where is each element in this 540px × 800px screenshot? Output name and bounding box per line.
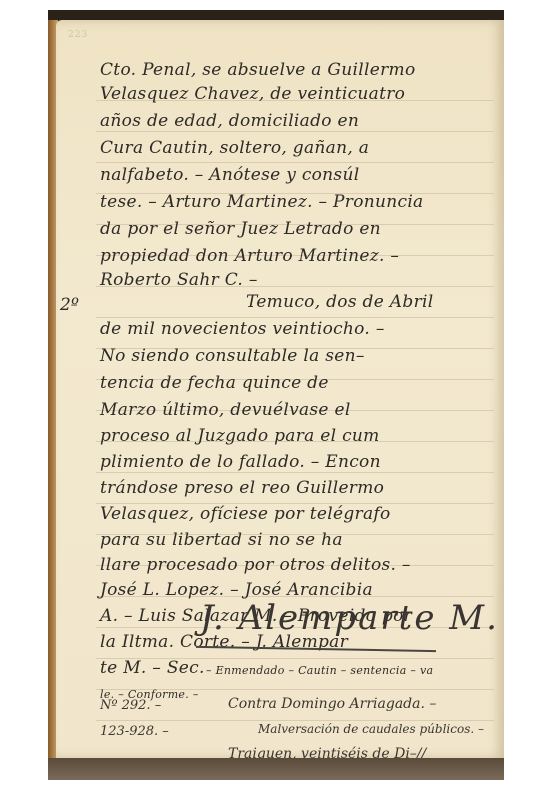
next-entry-number: Nº 292. – [100, 698, 161, 713]
ruled-line [96, 720, 494, 721]
corner-page-mark: 223 [68, 30, 88, 40]
ruled-line [96, 162, 494, 163]
text-line: para su libertad si no se ha [100, 530, 488, 550]
text-line: años de edad, domiciliado en [100, 111, 488, 131]
text-line: tese. – Arturo Martinez. – Pronuncia [100, 192, 488, 212]
text-line: Temuco, dos de Abril [246, 292, 488, 312]
text-line: Roberto Sahr C. – [100, 270, 488, 290]
text-line: propiedad don Arturo Martinez. – [100, 246, 488, 266]
text-line: Cura Cautin, soltero, gañan, a [100, 138, 488, 158]
signature: J. Alemparte M. [200, 598, 499, 638]
ruled-line [96, 472, 494, 473]
text-line: trándose preso el reo Guillermo [100, 478, 488, 498]
annotation-line: – Enmendado – Cautin – sentencia – va [206, 664, 488, 677]
text-line: nalfabeto. – Anótese y consúl [100, 165, 488, 185]
text-line: Marzo último, devuélvase el [100, 400, 488, 420]
next-entry-case-code: 123-928. – [100, 724, 169, 739]
text-line: Cto. Penal, se absuelve a Guillermo [100, 60, 488, 80]
text-line: Velasquez Chavez, de veinticuatro [100, 84, 488, 104]
entry-number: 2º [60, 295, 79, 315]
text-line: de mil novecientos veintiocho. – [100, 319, 488, 339]
text-line: proceso al Juzgado para el cum [100, 426, 488, 446]
ruled-line [96, 317, 494, 318]
text-line: llare procesado por otros delitos. – [100, 555, 488, 575]
text-line: plimiento de lo fallado. – Encon [100, 452, 488, 472]
text-line: José L. Lopez. – José Arancibia [100, 580, 488, 600]
text-line: tencia de fecha quince de [100, 373, 488, 393]
text-line: da por el señor Juez Letrado en [100, 219, 488, 239]
ruled-line [96, 131, 494, 132]
text-line: No siendo consultable la sen– [100, 346, 488, 366]
next-entry-title: Contra Domingo Arriagada. – [228, 696, 436, 712]
ledger-bottom-edge [48, 758, 504, 780]
text-line: Velasquez, ofíciese por telégrafo [100, 504, 488, 524]
next-entry-subject: Malversación de caudales públicos. – [258, 722, 484, 736]
